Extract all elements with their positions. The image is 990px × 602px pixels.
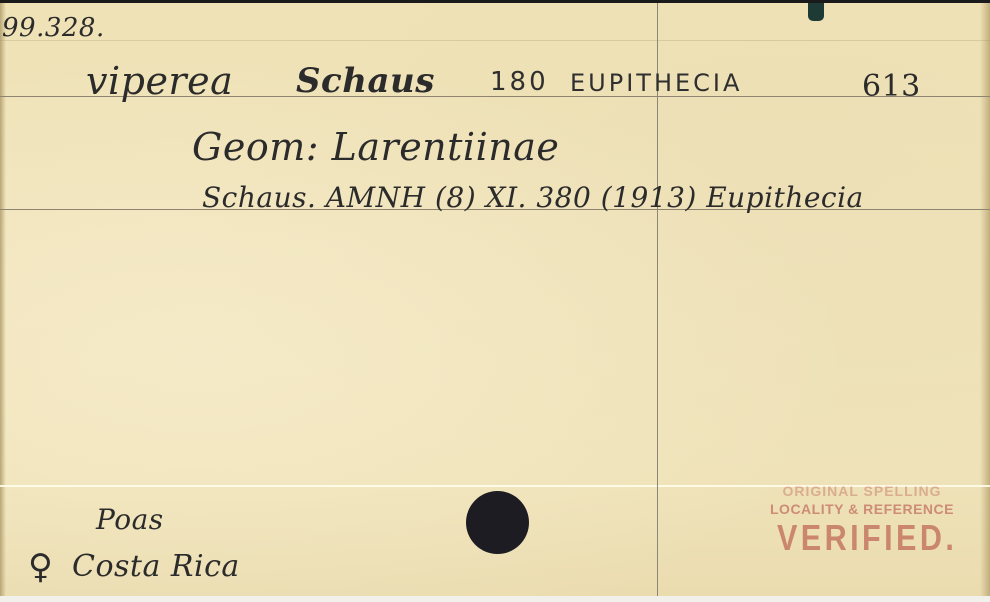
stamp-line-2: LOCALITY & REFERENCE [762,501,962,517]
verification-stamp: ORIGINAL SPELLING LOCALITY & REFERENCE V… [762,483,962,559]
genus-name: EUPITHECIA [570,69,742,97]
species-number: 613 [862,69,921,104]
punch-hole [466,491,529,554]
species-name: viperea [86,59,233,103]
stamp-line-1: ORIGINAL SPELLING [762,483,962,499]
index-card: 99.328. viperea Schaus 180 EUPITHECIA 61… [0,3,990,596]
locality-country: Costa Rica [72,549,240,584]
card-right-edge [980,3,990,596]
card-left-edge [0,3,6,596]
bottom-background-strip [0,596,990,602]
species-author: Schaus [296,61,435,101]
family-subfamily: Geom: Larentiinae [192,125,559,169]
locality-site: Poas [96,503,164,536]
genus-number: 180 [490,67,549,97]
card-clip [808,3,824,21]
top-faint-rule [0,40,990,41]
female-symbol-icon: ♀ [28,547,53,587]
catalog-number: 99.328. [2,13,105,43]
citation: Schaus. AMNH (8) XI. 380 (1913) Eupithec… [202,181,864,214]
stamp-line-3: VERIFIED. [777,517,947,559]
